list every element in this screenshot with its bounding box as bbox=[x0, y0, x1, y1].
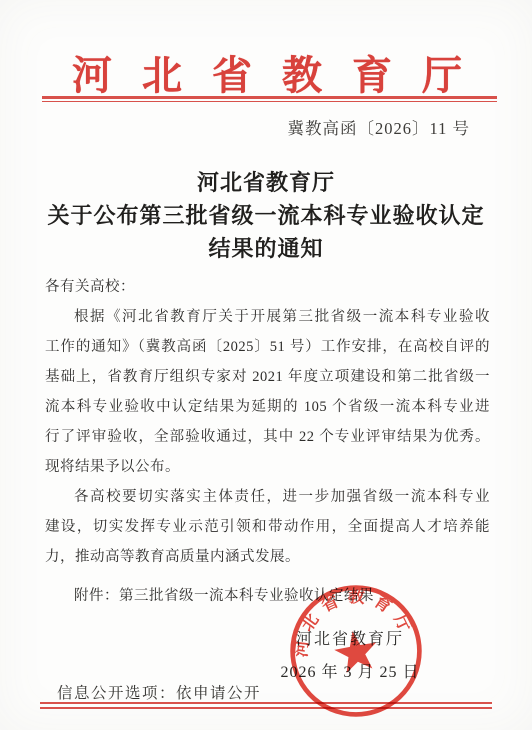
letterhead-agency-name: 河北省教育厅 bbox=[0, 44, 532, 101]
body-line: 现将结果予以公布。 bbox=[45, 452, 490, 482]
body-line: 行了评审验收，全部验收通过，其中 22 个专业评审结果为优秀。 bbox=[45, 422, 490, 452]
signer-name: 河北省教育厅 bbox=[250, 626, 450, 649]
disclosure-option-label: 信息公开选项：依申请公开 bbox=[57, 681, 261, 703]
body-line: 工作的通知》（冀教高函〔2025〕51 号）工作安排，在高校自评的 bbox=[45, 332, 490, 362]
footer-divider-rule bbox=[40, 702, 492, 709]
notice-title-line3: 结果的通知 bbox=[0, 232, 532, 265]
body-salutation: 各有关高校： bbox=[45, 272, 490, 302]
body-line: 力，推动高等教育高质量内涵式发展。 bbox=[45, 542, 490, 572]
body-line: 建设，切实发挥专业示范引领和带动作用，全面提高人才培养能 bbox=[45, 512, 490, 542]
body-line: 流本科专业验收中认定结果为延期的 105 个省级一流本科专业进 bbox=[45, 392, 490, 422]
notice-title-line2: 关于公布第三批省级一流本科专业验收认定 bbox=[0, 199, 532, 232]
body-line: 基础上，省教育厅组织专家对 2021 年度立项建设和第二批省级一 bbox=[45, 362, 490, 392]
document-page: 河北省教育厅 冀教高函〔2026〕11 号 河北省教育厅 关于公布第三批省级一流… bbox=[0, 0, 532, 730]
issue-date: 2026 年 3 月 25 日 bbox=[250, 659, 450, 682]
attachment-line: 附件：第三批省级一流本科专业验收认定结果 bbox=[45, 581, 490, 611]
letterhead-divider-rule bbox=[42, 96, 497, 102]
notice-body: 各有关高校： 根据《河北省教育厅关于开展第三批省级一流本科专业验收 工作的通知》… bbox=[45, 272, 490, 611]
notice-title-line1: 河北省教育厅 bbox=[0, 166, 532, 199]
document-number: 冀教高函〔2026〕11 号 bbox=[287, 115, 470, 139]
notice-title: 河北省教育厅 关于公布第三批省级一流本科专业验收认定 结果的通知 bbox=[0, 166, 532, 265]
closing-block: 河北省教育厅 2026 年 3 月 25 日 bbox=[250, 626, 450, 682]
body-line: 根据《河北省教育厅关于开展第三批省级一流本科专业验收 bbox=[45, 302, 490, 332]
body-line: 各高校要切实落实主体责任，进一步加强省级一流本科专业 bbox=[45, 482, 490, 512]
